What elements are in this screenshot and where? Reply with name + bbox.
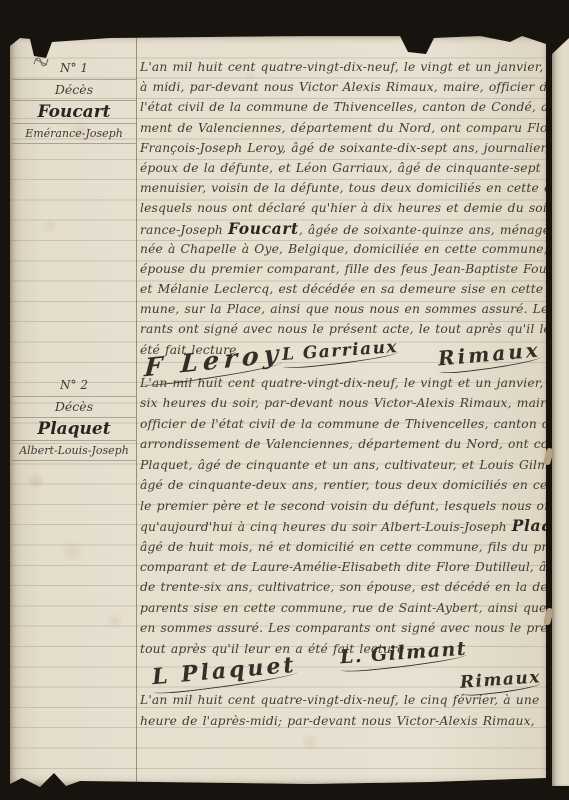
act-number: N° 1: [12, 58, 136, 80]
margin-entry-act-2: N° 2 Décès Plaquet Albert-Louis-Joseph: [12, 375, 136, 461]
act-line: époux de la défunte, et Léon Garriaux, â…: [140, 158, 546, 178]
act-line: le premier père et le second voisin du d…: [140, 496, 546, 516]
margin-rule: [136, 36, 137, 788]
act-line: lesquels nous ont déclaré qu'hier à dix …: [140, 198, 546, 218]
death-act-3-text-partial: L'an mil huit cent quatre-vingt-dix-neuf…: [140, 690, 546, 731]
act-line: comparant et de Laure-Amélie-Elisabeth d…: [140, 557, 546, 577]
act-line: née à Chapelle à Oye, Belgique, domicili…: [140, 239, 546, 259]
act-line: épouse du premier comparant, fille des f…: [140, 259, 546, 279]
act-line: six heures du soir, par-devant nous Vict…: [140, 393, 546, 413]
act-line: arrondissement de Valenciennes, départem…: [140, 434, 546, 454]
deceased-given-names: Emérance-Joseph: [12, 124, 136, 144]
act-line: L'an mil huit cent quatre-vingt-dix-neuf…: [140, 57, 546, 77]
act-line: à midi, par-devant nous Victor Alexis Ri…: [140, 77, 546, 97]
scan-background: N° 1 Décès Foucart Emérance-Joseph L'an …: [0, 0, 569, 800]
act-line: ment de Valenciennes, département du Nor…: [140, 118, 546, 138]
act-line: heure de l'après-midi; par-devant nous V…: [140, 711, 546, 732]
act-line: l'état civil de la commune de Thivencell…: [140, 97, 546, 117]
act-line: rants ont signé avec nous le présent act…: [140, 319, 546, 339]
act-line-with-name: qu'aujourd'hui à cinq heures du soir Alb…: [140, 516, 546, 536]
line-text: rance-Joseph: [140, 223, 228, 237]
act-type-label: Décès: [12, 397, 136, 418]
death-act-2-text: L'an mil huit cent quatre-vingt-dix-neuf…: [140, 373, 546, 659]
act-line: âgé de huit mois, né et domicilié en cet…: [140, 537, 546, 557]
death-act-1-text: L'an mil huit cent quatre-vingt-dix-neuf…: [140, 57, 546, 360]
act-line-with-name: rance-Joseph Foucart, âgée de soixante-q…: [140, 219, 546, 239]
act-line: L'an mil huit cent quatre-vingt-dix-neuf…: [140, 690, 546, 711]
act-line: François-Joseph Leroy, âgé de soixante-d…: [140, 138, 546, 158]
margin-entry-act-1: N° 1 Décès Foucart Emérance-Joseph: [12, 58, 136, 144]
register-page: N° 1 Décès Foucart Emérance-Joseph L'an …: [10, 36, 546, 788]
deceased-given-names: Albert-Louis-Joseph: [12, 441, 136, 461]
act-line: âgé de cinquante-deux ans, rentier, tous…: [140, 475, 546, 495]
line-text: , âgée de soixante-quinze ans, ménagère,: [299, 223, 546, 237]
act-line: L'an mil huit cent quatre-vingt-dix-neuf…: [140, 373, 546, 393]
act-line: Plaquet, âgé de cinquante et un ans, cul…: [140, 455, 546, 475]
deceased-name-emphasis: Foucart: [228, 219, 299, 238]
act-line: menuisier, voisin de la défunte, tous de…: [140, 178, 546, 198]
act-line: de trente-six ans, cultivatrice, son épo…: [140, 577, 546, 597]
deceased-surname: Foucart: [12, 101, 136, 124]
deceased-name-emphasis: Plaquet: [512, 516, 546, 535]
act-line: en sommes assuré. Les comparants ont sig…: [140, 618, 546, 638]
act-line: et Mélanie Leclercq, est décédée en sa d…: [140, 279, 546, 299]
line-text: qu'aujourd'hui à cinq heures du soir Alb…: [140, 520, 512, 534]
act-type-label: Décès: [12, 80, 136, 101]
next-page-edge: [552, 38, 569, 786]
act-number: N° 2: [12, 375, 136, 397]
act-line: mune, sur la Place, ainsi que nous nous …: [140, 299, 546, 319]
act-line: parents sise en cette commune, rue de Sa…: [140, 598, 546, 618]
act-line: officier de l'état civil de la commune d…: [140, 414, 546, 434]
binding-gutter: [546, 0, 552, 800]
deceased-surname: Plaquet: [12, 418, 136, 441]
